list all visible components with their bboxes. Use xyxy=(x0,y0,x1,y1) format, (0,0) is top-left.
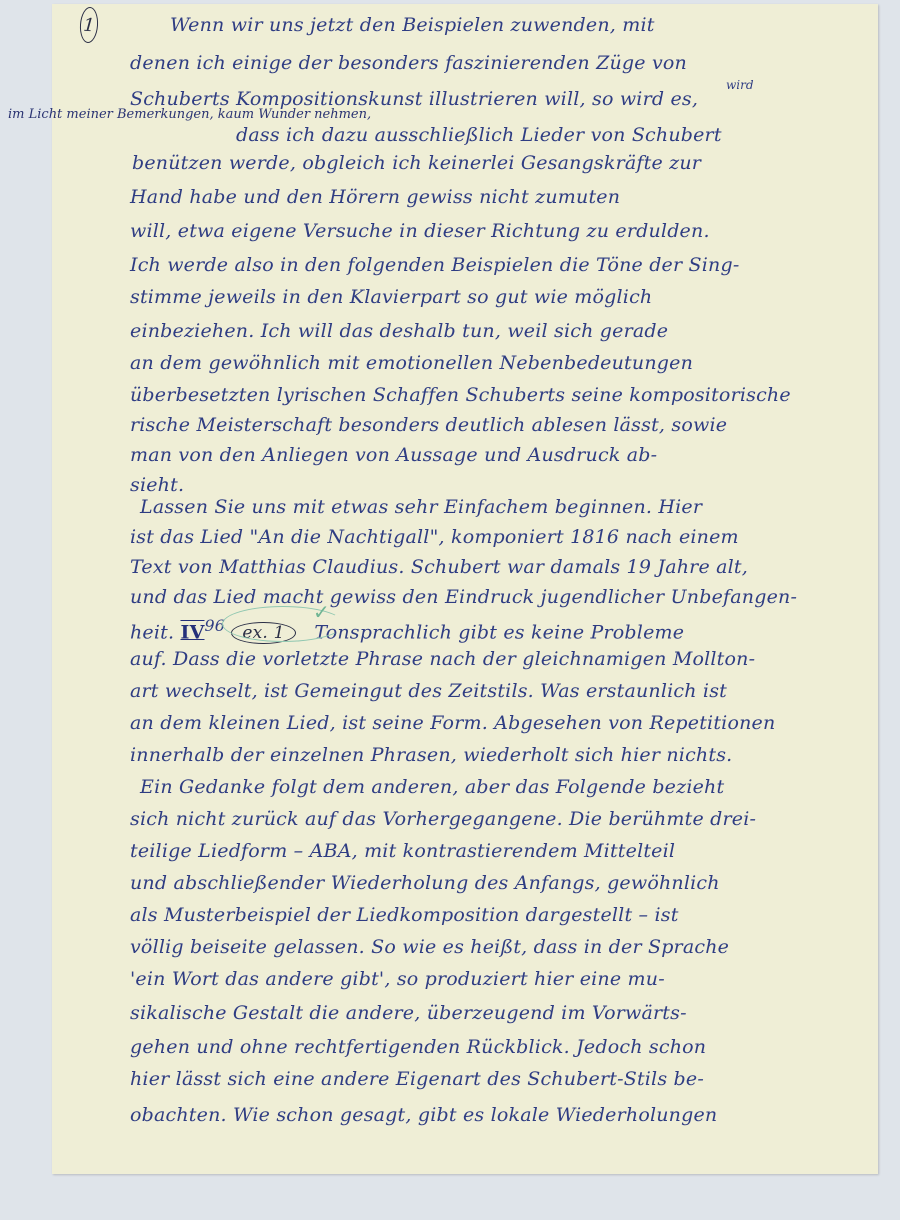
text-line-19: und das Lied macht gewiss den Eindruck j… xyxy=(130,586,797,608)
line-20-start: heit. xyxy=(130,621,174,643)
text-line-16: Lassen Sie uns mit etwas sehr Einfachem … xyxy=(140,496,702,518)
text-line-11: an dem gewöhnlich mit emotionellen Neben… xyxy=(130,352,693,374)
inserted-word: wird xyxy=(726,78,754,92)
text-line-15: sieht. xyxy=(130,474,184,496)
text-line-35: obachten. Wie schon gesagt, gibt es loka… xyxy=(130,1104,717,1126)
text-line-23: an dem kleinen Lied, ist seine Form. Abg… xyxy=(130,712,775,734)
text-line-14: man von den Anliegen von Aussage und Aus… xyxy=(130,444,657,466)
text-line-27: teilige Liedform – ABA, mit kontrastiere… xyxy=(130,840,675,862)
text-line-30: völlig beiseite gelassen. So wie es heiß… xyxy=(130,936,729,958)
text-line-34: hier lässt sich eine andere Eigenart des… xyxy=(130,1068,704,1090)
text-line-22: art wechselt, ist Gemeingut des Zeitstil… xyxy=(130,680,727,702)
text-line-7: will, etwa eigene Versuche in dieser Ric… xyxy=(130,220,710,242)
text-line-21: auf. Dass die vorletzte Phrase nach der … xyxy=(130,648,755,670)
text-line-25: Ein Gedanke folgt dem anderen, aber das … xyxy=(140,776,724,798)
text-line-2: denen ich einige der besonders faszinier… xyxy=(130,52,687,74)
text-line-3: Schuberts Kompositionskunst illustrieren… xyxy=(130,88,698,110)
text-line-12: überbesetzten lyrischen Schaffen Schuber… xyxy=(130,384,791,406)
text-line-10: einbeziehen. Ich will das deshalb tun, w… xyxy=(130,320,668,342)
volume-reference: IV xyxy=(180,621,204,643)
text-line-28: und abschließender Wiederholung des Anfa… xyxy=(130,872,720,894)
green-check-icon: ✓ xyxy=(313,600,330,624)
line-20-end: Tonsprachlich gibt es keine Probleme xyxy=(314,621,684,643)
text-line-31: 'ein Wort das andere gibt', so produzier… xyxy=(130,968,665,990)
text-line-26: sich nicht zurück auf das Vorhergegangen… xyxy=(130,808,756,830)
text-line-6: Hand habe und den Hörern gewiss nicht zu… xyxy=(130,186,620,208)
text-line-24: innerhalb der einzelnen Phrasen, wiederh… xyxy=(130,744,732,766)
text-line-29: als Musterbeispiel der Liedkomposition d… xyxy=(130,904,679,926)
text-line-9: stimme jeweils in den Klavierpart so gut… xyxy=(130,286,652,308)
text-line-5: benützen werde, obgleich ich keinerlei G… xyxy=(132,152,701,174)
page-number: 1 xyxy=(83,14,96,36)
text-line-17: ist das Lied "An die Nachtigall", kompon… xyxy=(130,526,739,548)
text-line-20: heit. IV96 ex. 1 Tonsprachlich gibt es k… xyxy=(130,616,684,644)
text-line-13: rische Meisterschaft besonders deutlich … xyxy=(130,414,727,436)
text-line-18: Text von Matthias Claudius. Schubert war… xyxy=(130,556,748,578)
text-line-1: Wenn wir uns jetzt den Beispielen zuwend… xyxy=(170,14,655,36)
text-line-8: Ich werde also in den folgenden Beispiel… xyxy=(130,254,739,276)
text-line-33: gehen und ohne rechtfertigenden Rückblic… xyxy=(130,1036,706,1058)
text-line-32: sikalische Gestalt die andere, überzeuge… xyxy=(130,1002,687,1024)
text-line-4: dass ich dazu ausschließlich Lieder von … xyxy=(236,124,722,146)
